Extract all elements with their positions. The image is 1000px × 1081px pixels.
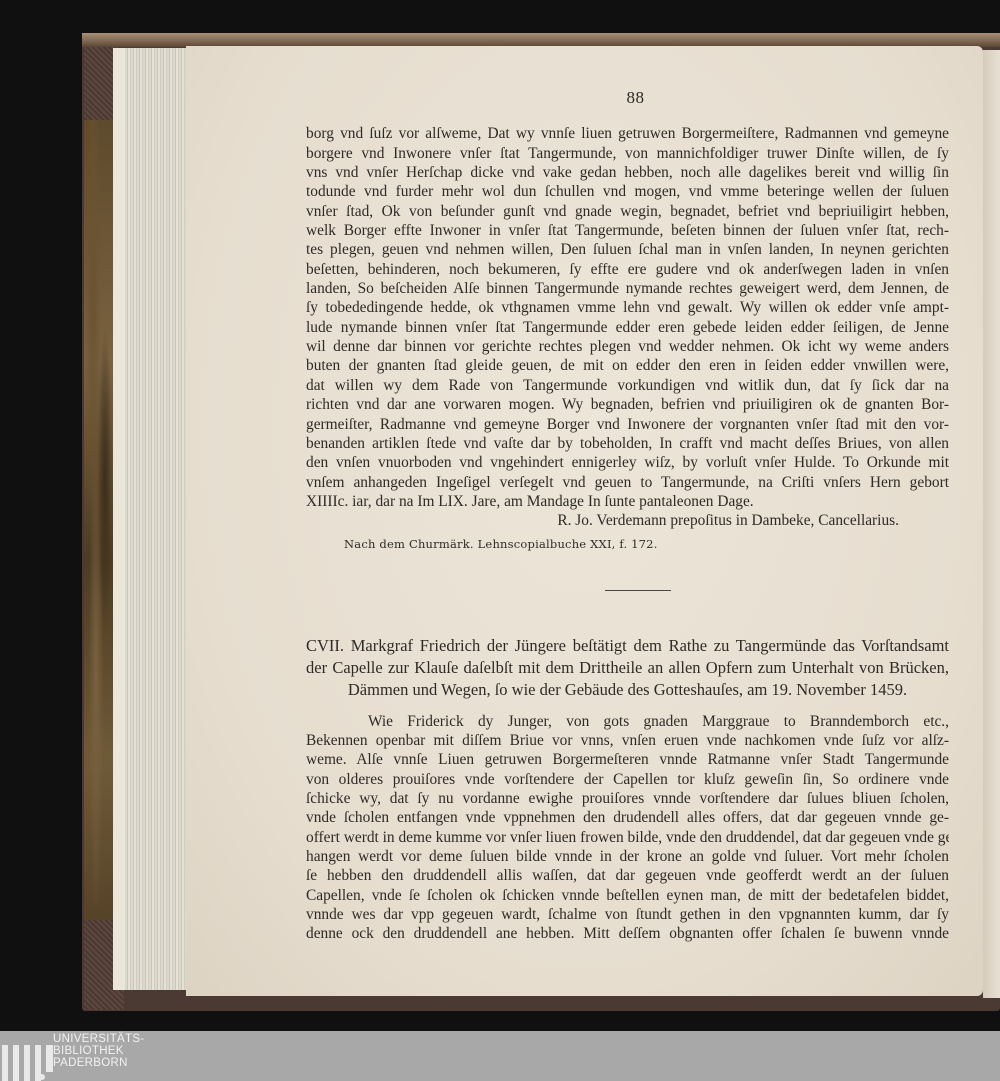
text-line: XIIIIc. iar, dar na Im LIX. Jare, am Man… [306, 492, 949, 511]
logo-dot-icon [39, 1074, 45, 1080]
text-line: ſy tobededingende hedde, ok vthgnamen vm… [306, 298, 949, 317]
logo-line: BIBLIOTHEK [53, 1045, 144, 1057]
text-line: vnde ſcholen entfangen vnde vppnehmen de… [306, 808, 949, 827]
text-line: Capellen, vnde ſe ſcholen ok ſchicken vn… [306, 886, 949, 905]
text-line: benanden artiklen ſtede vnd vaſte dar by… [306, 434, 949, 453]
text-line: landen, So beſcheiden Alſe binnen Tanger… [306, 279, 949, 298]
text-line: borgere vnd Inwonere vnſer ſtat Tangermu… [306, 144, 949, 163]
text-line: todunde vnd furder mehr wol dun ſchullen… [306, 182, 949, 201]
page-number: 88 [306, 88, 949, 107]
marbled-board-edge [84, 120, 114, 920]
text-line: vns vnd vnſer Herſchap dicke vnd vake ge… [306, 163, 949, 182]
text-line: richten vnd dar ane vorwaren mogen. Wy b… [306, 395, 949, 414]
text-line: wil denne dar binnen vor gerichte rechte… [306, 337, 949, 356]
text-line: weme. Alſe vnnſe Liuen getruwen Borgerme… [306, 750, 949, 769]
text-line: ſchicke wy, dat ſy nu vordanne ewighe pr… [306, 789, 949, 808]
text-line: Wie Friderick dy Junger, von gots gnaden… [306, 712, 949, 731]
text-line: von olderes prouiſores vnde vorſtendere … [306, 770, 949, 789]
logo-line: PADERBORN [53, 1057, 144, 1069]
text-line: denne ock den druddendell ane hebben. Mi… [306, 924, 949, 943]
document-text-bottom: Wie Friderick dy Junger, von gots gnaden… [306, 712, 949, 944]
section-divider [605, 590, 671, 591]
logo-line: UNIVERSITÄTS- [53, 1033, 144, 1045]
text-line: germeiſter, Radmanne vnd gemeyne Borger … [306, 415, 949, 434]
text-line: beſetten, behinderen, noch bekumeren, ſy… [306, 260, 949, 279]
text-line: welk Borger effte Inwoner in vnſer ſtat … [306, 221, 949, 240]
text-line: dat willen wy dem Rade von Tangermunde v… [306, 376, 949, 395]
text-line: ſe hebben den druddendell allis waſſen, … [306, 866, 949, 885]
section-heading: CVII. Markgraf Friedrich der Jüngere beſ… [306, 635, 949, 701]
book-cover-top-edge [82, 33, 1000, 47]
text-line: borg vnd ſuſz vor alſweme, Dat wy vnnſe … [306, 124, 949, 143]
text-line: vnſer ſtad, Ok von beſunder gunſt vnd gn… [306, 202, 949, 221]
next-page-edge [983, 50, 1000, 998]
text-line: Bekennen openbar mit diſſem Briue vor vn… [306, 731, 949, 750]
text-line: lude nymande binnen vnſer ſtat Tangermun… [306, 318, 949, 337]
document-text-top: borg vnd ſuſz vor alſweme, Dat wy vnnſe … [306, 124, 949, 511]
text-line: offert werdt in deme kumme vor vnſer liu… [306, 828, 949, 847]
signature: R. Jo. Verdemann prepoſitus in Dambeke, … [306, 511, 949, 530]
text-line: den vnſen vnuorboden vnd vngehindert enn… [306, 453, 949, 472]
source-note: Nach dem Churmärk. Lehnscopialbuche XXI,… [306, 535, 949, 557]
text-line: vnſem anhangeden Ingeſigel verſegelt vnd… [306, 473, 949, 492]
text-line: vnnde wes dar vpp gegeuen wardt, ſchalme… [306, 905, 949, 924]
library-bars-logo-icon [2, 1045, 53, 1081]
footer-bar [0, 1031, 1000, 1081]
heading-line: CVII. Markgraf Friedrich der Jüngere beſ… [306, 635, 949, 657]
library-logo-text: UNIVERSITÄTS- BIBLIOTHEK PADERBORN [53, 1033, 144, 1069]
page-content: 88 borg vnd ſuſz vor alſweme, Dat wy vnn… [306, 88, 949, 944]
page-edge-stack [113, 48, 191, 990]
heading-line: der Capelle zur Klauſe daſelbſt mit dem … [306, 657, 949, 679]
text-line: tes plegen, geuen vnd nehmen willen, Den… [306, 240, 949, 259]
text-line: hangen werdt vor deme ſuluen bilde vnnde… [306, 847, 949, 866]
heading-line: Dämmen und Wegen, ſo wie der Gebäude des… [306, 679, 949, 701]
text-line: buten der gnanten ſtad gleide geuen, de … [306, 356, 949, 375]
